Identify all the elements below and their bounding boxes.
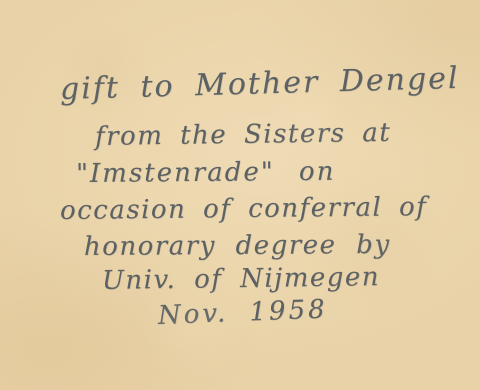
handwritten-line-3: "Imstenrade" on (76, 157, 336, 189)
handwritten-line-6: Univ. of Nijmegen (102, 262, 380, 296)
handwritten-line-7: Nov. 1958 (157, 294, 328, 330)
handwritten-line-5: honorary degree by (84, 230, 391, 262)
handwritten-line-1: gift to Mother Dengel (60, 61, 460, 107)
handwritten-line-4: occasion of conferral of (60, 192, 428, 226)
scanned-note-paper: gift to Mother Dengel from the Sisters a… (0, 0, 480, 390)
handwritten-line-2: from the Sisters at (95, 118, 392, 152)
